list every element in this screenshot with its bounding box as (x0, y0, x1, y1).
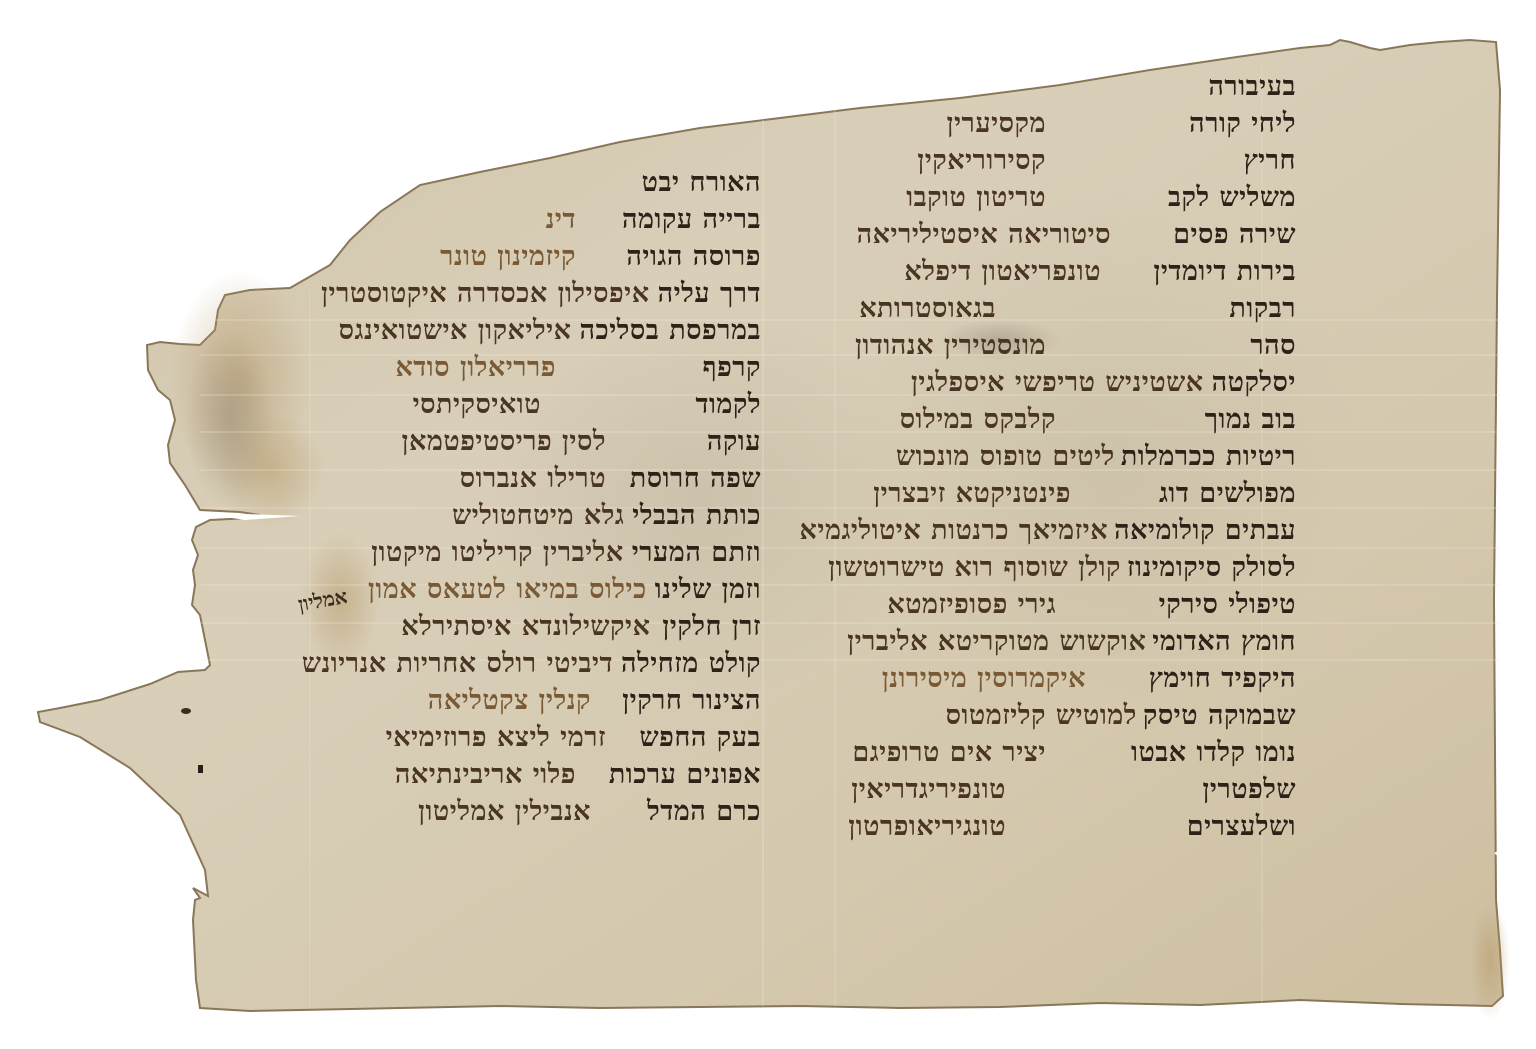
headword: טיפולי סירקי (1116, 588, 1296, 622)
headword: שירה פסים (1126, 218, 1296, 252)
manuscript-line: בעק החפשזרמי ליצא פרוזימיאי (386, 721, 761, 755)
headword: וזמן שלינו (655, 573, 761, 607)
headword: ושלעצרים (1126, 810, 1296, 844)
gloss: יציר אים טרופיגם (852, 736, 1046, 770)
manuscript-line: פרוסה הגויהקיזמינון טונר (440, 240, 761, 274)
manuscript-line: עבתים קולומיאהאיזמיאך כרנטות איטוליגמיא (800, 514, 1296, 548)
manuscript-line: כרם המדלאנבילין אמליטון (418, 795, 761, 829)
headword: שלפטרין (1126, 773, 1296, 807)
gloss: טונגיריאופרטון (848, 810, 1006, 844)
gloss: לסין פריסטיפטמאן (402, 425, 606, 459)
gloss: קלבקס במילוס (900, 403, 1056, 437)
headword: בעק החפש (621, 721, 761, 755)
gloss: טריטון טוקבו (906, 181, 1046, 215)
manuscript-line: שבמוקה טיסקלמוטיש קליזמטוס (946, 699, 1296, 733)
headword: רבקות (1126, 292, 1296, 326)
headword: ריטיות ככרמלות (1121, 440, 1296, 474)
manuscript-line: ושלעצריםטונגיריאופרטון (848, 810, 1296, 844)
manuscript-line: סהרמונסטירין אנהודון (855, 329, 1296, 363)
manuscript-line: לסולק סיקומינוזקולן שוסוף רוא טישרוטשון (828, 551, 1296, 585)
gloss: קסירוריאקין (917, 144, 1046, 178)
headword: משליש לקב (1126, 181, 1296, 215)
gloss: אנבילין אמליטון (418, 795, 591, 829)
manuscript-line: קרפףפרריאלון סודא (395, 351, 761, 385)
left-column: האורח יבט ברייה עקומהדינ פרוסה הגויהקיזמ… (291, 166, 761, 866)
manuscript-line: הצינור חרקיןקנלין צקטליאה (428, 684, 761, 718)
headword: בעיבורה (1208, 70, 1296, 104)
gloss: מונסטירין אנהודון (855, 329, 1046, 363)
headword: לקמוד (666, 388, 761, 422)
manuscript-line: דרך עליהאיפסילון אכסדרה איקטוסטרין (321, 277, 761, 311)
headword: וזתם המערי (632, 536, 761, 570)
manuscript-line: זרן חלקיןאיקשילונדא איסתירלא (401, 610, 761, 644)
gloss: מקסיערין (947, 107, 1046, 141)
manuscript-line: חריץקסירוריאקין (917, 144, 1296, 178)
headword: ברייה עקומה (596, 203, 761, 237)
headword: קרפף (666, 351, 761, 385)
manuscript-line: בירות דיומדיןטונפריאטון דיפלא (904, 255, 1296, 289)
headword: נומו קלדו אבטו (1066, 736, 1296, 770)
headword: חריץ (1126, 144, 1296, 178)
manuscript-line: שירה פסיםסיטוריאה איסטיליריאה (857, 218, 1296, 252)
manuscript-line: בוב נמוךקלבקס במילוס (900, 403, 1296, 437)
gloss: ליטים טופוס מונכוש (896, 440, 1115, 474)
gloss: אוקשוש מטוקריטא אליברין (847, 625, 1146, 659)
headword: במרפסת בסליכה (580, 314, 762, 348)
gloss: אליברין קריליטו מיקטון (371, 536, 623, 570)
gloss: זרמי ליצא פרוזימיאי (386, 721, 606, 755)
headword: האורח יבט (642, 166, 761, 200)
gloss: גלא מיטחטוליש (452, 499, 624, 533)
headword: חומץ האדומי (1152, 625, 1296, 659)
gloss: פינטניקטא זיבצרין (873, 477, 1071, 511)
manuscript-line: אפונים ערכותפלוי אריבינתיאה (395, 758, 761, 792)
gloss: קולן שוסוף רוא טישרוטשון (828, 551, 1121, 585)
gloss: דיביטי רולס אחריות אנריונש (302, 647, 613, 681)
headword: שבמוקה טיסק (1143, 699, 1296, 733)
manuscript-line: וזמן שלינוכילוס במיאו לטעאס אמון (368, 573, 761, 607)
headword: היקפיד חוימץ (1126, 662, 1296, 696)
gloss: פלוי אריבינתיאה (395, 758, 576, 792)
gloss: טונפריאטון דיפלא (904, 255, 1101, 289)
gloss: גירי פסופיזמטא (887, 588, 1056, 622)
manuscript-line: בעיבורה (1208, 70, 1296, 104)
manuscript-line: רבקותבגאוסטרותא (859, 292, 1296, 326)
manuscript-image: בעיבורה ליחי קורהמקסיערין חריץקסירוריאקי… (0, 0, 1536, 1049)
headword: ליחי קורה (1126, 107, 1296, 141)
gloss: קנלין צקטליאה (428, 684, 591, 718)
manuscript-line: ליחי קורהמקסיערין (947, 107, 1296, 141)
manuscript-line: שלפטריןטונפיריגדריאין (851, 773, 1296, 807)
manuscript-line: לקמודטואיסקיתסי (413, 388, 761, 422)
headword: לסולק סיקומינוז (1127, 551, 1296, 585)
gloss: איקמרוסין מיסירונן (882, 662, 1086, 696)
gloss: אשטיניש טריפשי איספלגין (911, 366, 1204, 400)
manuscript-line: טיפולי סירקיגירי פסופיזמטא (887, 588, 1296, 622)
manuscript-line: יסלקטהאשטיניש טריפשי איספלגין (911, 366, 1296, 400)
gloss: כילוס במיאו לטעאס אמון (368, 573, 647, 607)
headword: עוקה (666, 425, 761, 459)
manuscript-line: חומץ האדומיאוקשוש מטוקריטא אליברין (847, 625, 1296, 659)
gloss: איזמיאך כרנטות איטוליגמיא (800, 514, 1109, 548)
manuscript-line: עוקהלסין פריסטיפטמאן (402, 425, 761, 459)
headword: דרך עליה (658, 277, 761, 311)
gloss: טרילו אנברוס (460, 462, 606, 496)
headword: כרם המדל (621, 795, 761, 829)
manuscript-line: במרפסת בסליכהאיליאקון אישטואינגס (339, 314, 761, 348)
headword: כותת הבבלי (632, 499, 761, 533)
manuscript-line: כותת הבבליגלא מיטחטוליש (452, 499, 761, 533)
gloss: בגאוסטרותא (859, 292, 996, 326)
headword: סהר (1126, 329, 1296, 363)
manuscript-line: ברייה עקומהדינ (546, 203, 761, 237)
gloss: דינ (546, 203, 576, 237)
headword: בירות דיומדין (1121, 255, 1296, 289)
gloss: טואיסקיתסי (413, 388, 541, 422)
manuscript-line: ריטיות ככרמלותליטים טופוס מונכוש (896, 440, 1296, 474)
headword: עבתים קולומיאה (1114, 514, 1296, 548)
manuscript-line: שפה חרוסתטרילו אנברוס (460, 462, 761, 496)
headword: בוב נמוך (1146, 403, 1296, 437)
headword: הצינור חרקין (611, 684, 761, 718)
manuscript-line: האורח יבט (642, 166, 761, 200)
manuscript-line: נומו קלדו אבטויציר אים טרופיגם (852, 736, 1296, 770)
gloss: איליאקון אישטואינגס (339, 314, 572, 348)
headword: מפולשים דוג (1131, 477, 1296, 511)
headword: פרוסה הגויה (596, 240, 761, 274)
gloss: סיטוריאה איסטיליריאה (857, 218, 1111, 252)
headword: אפונים ערכות (596, 758, 761, 792)
gloss: איפסילון אכסדרה איקטוסטרין (321, 277, 649, 311)
gloss: קיזמינון טונר (440, 240, 576, 274)
manuscript-line: משליש לקבטריטון טוקבו (906, 181, 1296, 215)
gloss: פרריאלון סודא (395, 351, 556, 385)
headword: יסלקטה (1212, 366, 1296, 400)
manuscript-line: וזתם המעריאליברין קריליטו מיקטון (371, 536, 761, 570)
headword: קולט מזחילה (621, 647, 761, 681)
manuscript-line: היקפיד חוימץאיקמרוסין מיסירונן (882, 662, 1296, 696)
gloss: טונפיריגדריאין (851, 773, 1006, 807)
headword: זרן חלקין (662, 610, 761, 644)
manuscript-line: מפולשים דוגפינטניקטא זיבצרין (873, 477, 1296, 511)
gloss: למוטיש קליזמטוס (946, 699, 1137, 733)
gloss: איקשילונדא איסתירלא (401, 610, 650, 644)
manuscript-line: קולט מזחילהדיביטי רולס אחריות אנריונש (302, 647, 761, 681)
headword: שפה חרוסת (621, 462, 761, 496)
